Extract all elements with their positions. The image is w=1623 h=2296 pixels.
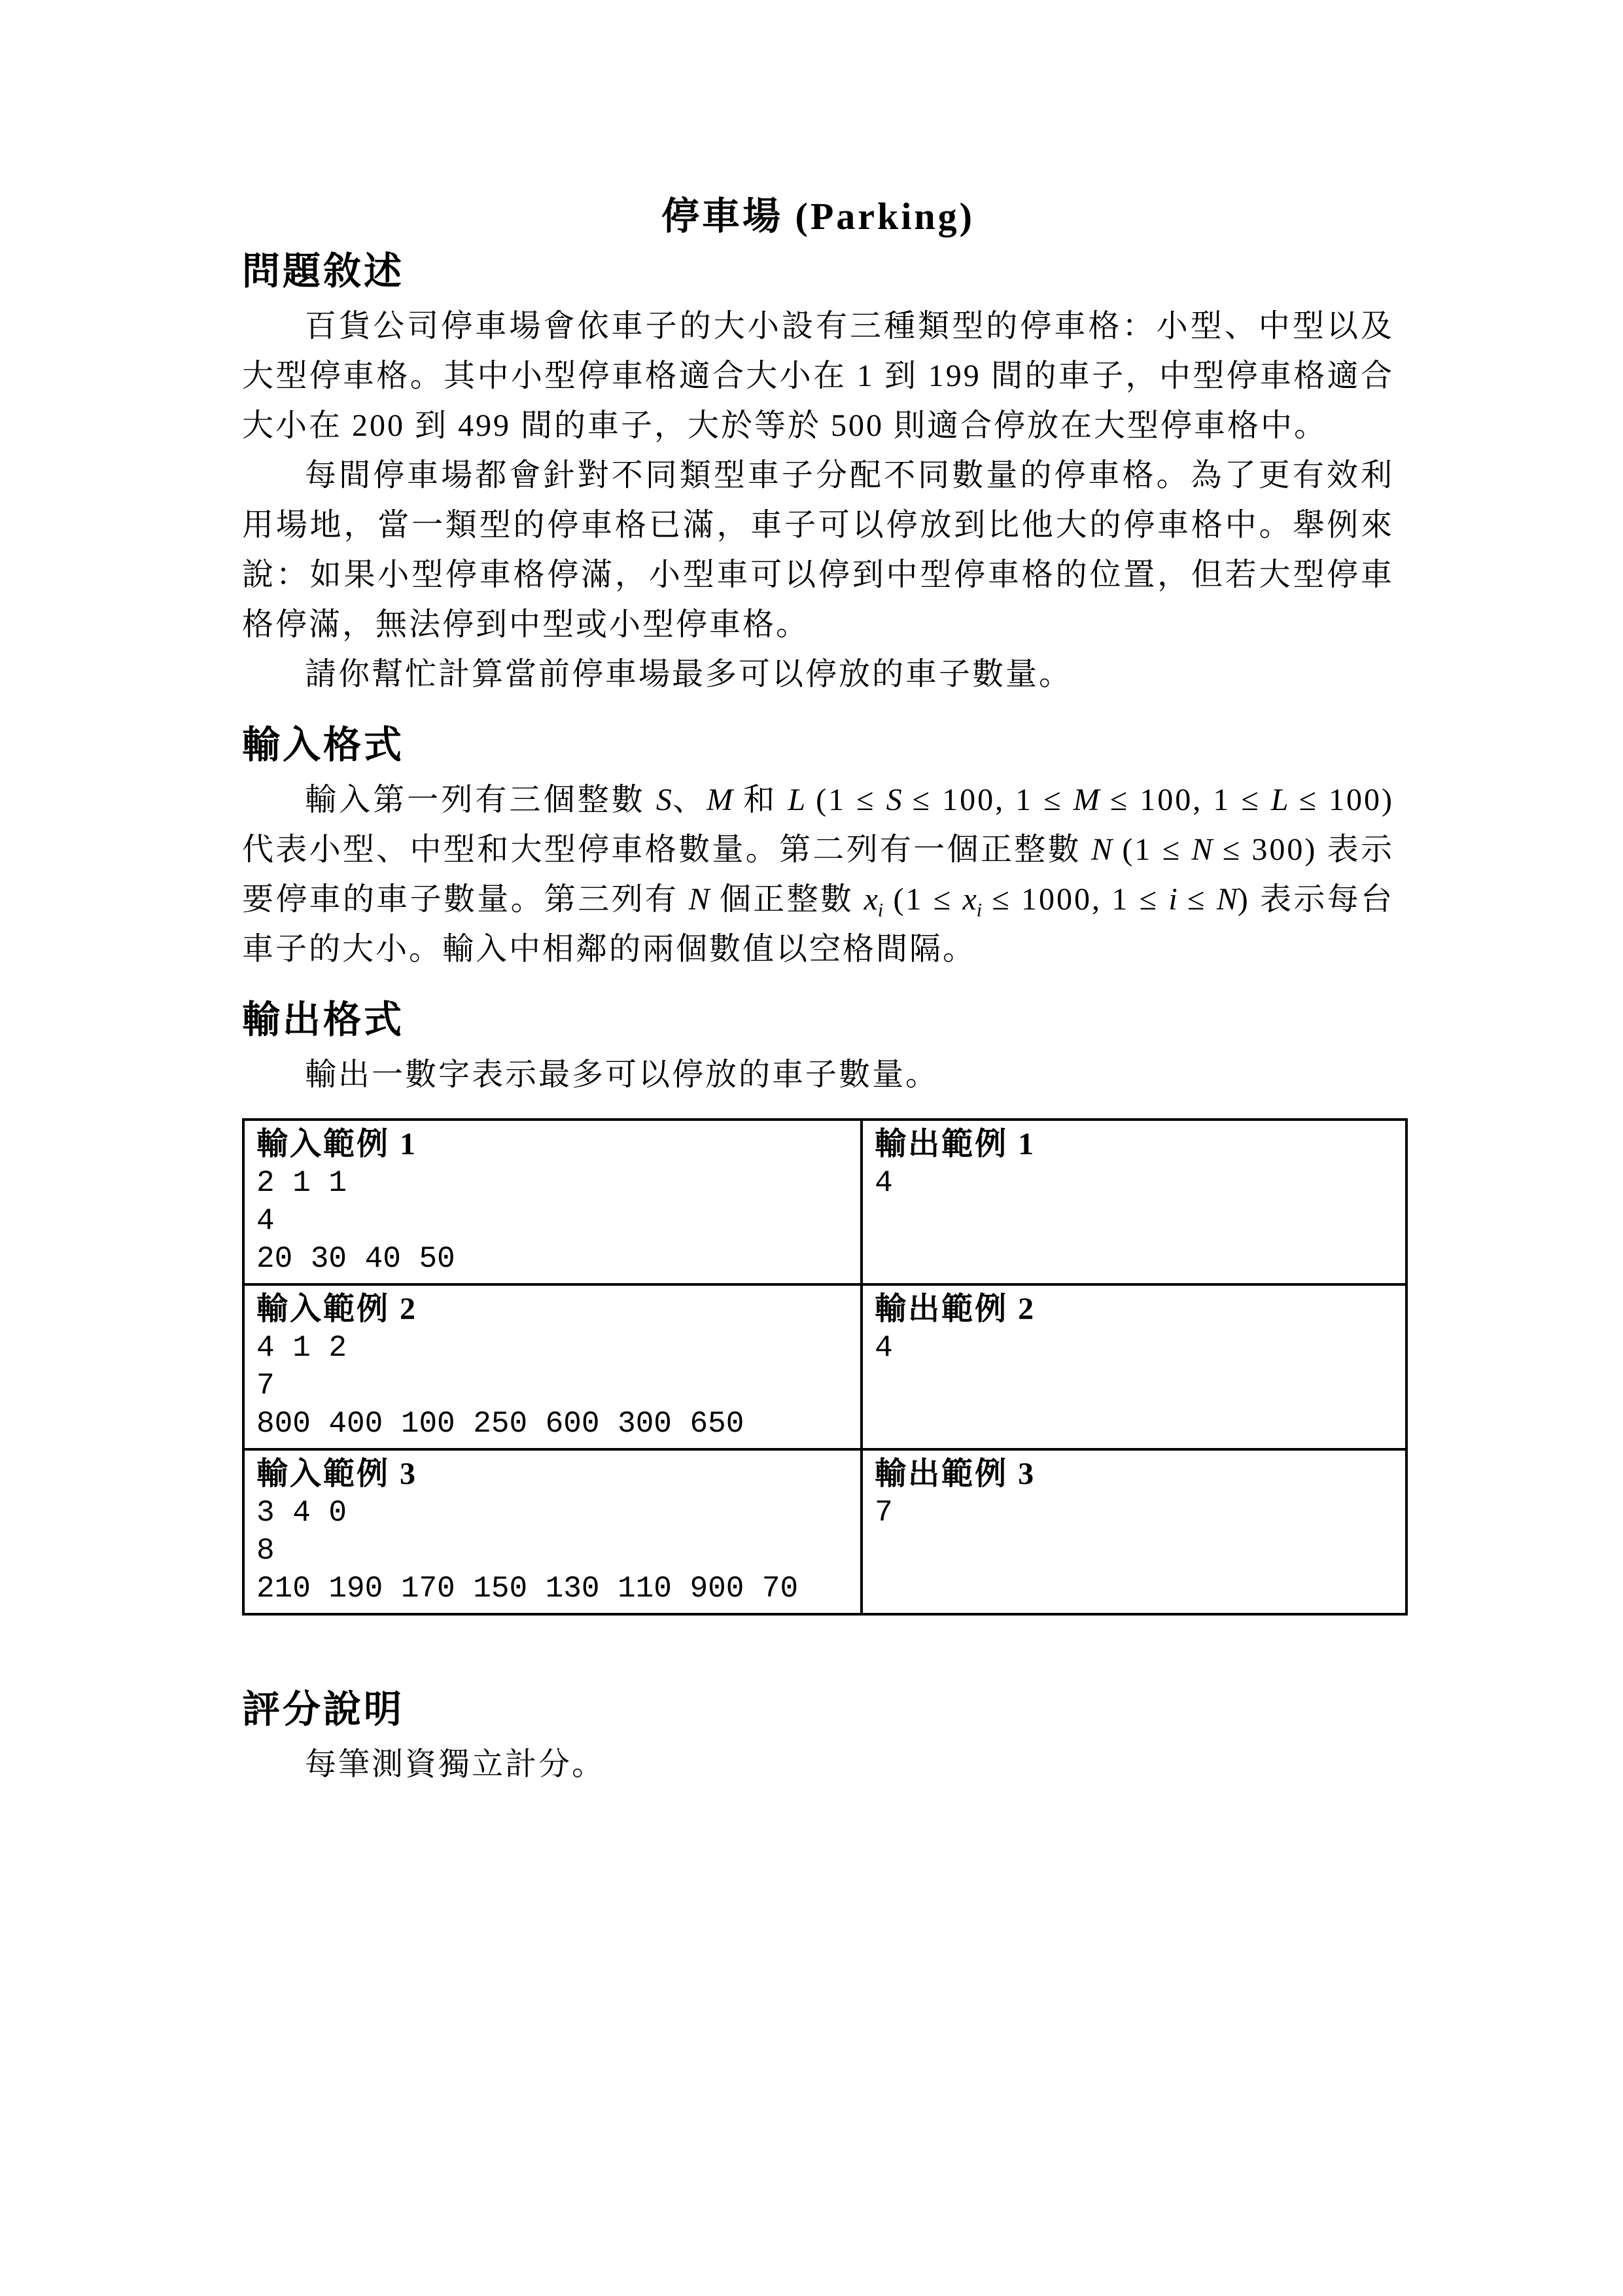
examples-table: 輸入範例 1 2 1 1 4 20 30 40 50 輸出範例 1 4 輸入範例… [242,1118,1408,1616]
example-1-input-line-3: 20 30 40 50 [256,1240,848,1278]
example-row-3: 輸入範例 3 3 4 0 8 210 190 170 150 130 110 9… [243,1449,1406,1614]
page-title: 停車場 (Parking) [242,193,1394,240]
example-1-output-value: 4 [875,1164,1393,1202]
section-heading-scoring: 評分說明 [242,1687,1394,1732]
example-1-input-line-1: 2 1 1 [256,1164,848,1202]
example-3-input-line-1: 3 4 0 [256,1494,848,1532]
example-3-output-value: 7 [875,1494,1393,1532]
example-1-output-label: 輸出範例 1 [875,1125,1393,1164]
example-3-output-cell: 輸出範例 3 7 [862,1449,1406,1614]
example-2-output-cell: 輸出範例 2 4 [862,1284,1406,1449]
example-1-input-cell: 輸入範例 1 2 1 1 4 20 30 40 50 [243,1120,862,1284]
example-2-input-line-3: 800 400 100 250 600 300 650 [256,1405,848,1443]
example-1-input-line-2: 4 [256,1202,848,1240]
example-2-input-line-1: 4 1 2 [256,1329,848,1367]
problem-paragraph-2: 每間停車場都會針對不同類型車子分配不同數量的停車格。為了更有效利用場地，當一類型… [242,451,1394,650]
example-2-output-value: 4 [875,1329,1393,1367]
example-2-output-label: 輸出範例 2 [875,1290,1393,1329]
example-row-1: 輸入範例 1 2 1 1 4 20 30 40 50 輸出範例 1 4 [243,1120,1406,1284]
example-3-input-line-2: 8 [256,1532,848,1570]
example-3-input-cell: 輸入範例 3 3 4 0 8 210 190 170 150 130 110 9… [243,1449,862,1614]
example-2-input-cell: 輸入範例 2 4 1 2 7 800 400 100 250 600 300 6… [243,1284,862,1449]
section-heading-output-format: 輸出格式 [242,998,1394,1042]
example-3-input-label: 輸入範例 3 [256,1455,848,1494]
problem-paragraph-1: 百貨公司停車場會依車子的大小設有三種類型的停車格：小型、中型以及大型停車格。其中… [242,302,1394,451]
example-1-input-label: 輸入範例 1 [256,1125,848,1164]
example-1-output-cell: 輸出範例 1 4 [862,1120,1406,1284]
example-2-input-label: 輸入範例 2 [256,1290,848,1329]
section-heading-input-format: 輸入格式 [242,723,1394,768]
example-3-input-line-3: 210 190 170 150 130 110 900 70 [256,1570,848,1608]
output-format-paragraph: 輸出一數字表示最多可以停放的車子數量。 [242,1050,1394,1100]
example-3-output-label: 輸出範例 3 [875,1455,1393,1494]
example-2-input-line-2: 7 [256,1367,848,1405]
section-heading-problem: 問題敘述 [242,249,1394,294]
example-row-2: 輸入範例 2 4 1 2 7 800 400 100 250 600 300 6… [243,1284,1406,1449]
document-page: 停車場 (Parking) 問題敘述 百貨公司停車場會依車子的大小設有三種類型的… [0,0,1623,1790]
input-format-paragraph: 輸入第一列有三個整數 S、M 和 L (1 ≤ S ≤ 100, 1 ≤ M ≤… [242,775,1394,974]
scoring-paragraph: 每筆測資獨立計分。 [242,1740,1394,1790]
problem-paragraph-3: 請你幫忙計算當前停車場最多可以停放的車子數量。 [242,650,1394,699]
